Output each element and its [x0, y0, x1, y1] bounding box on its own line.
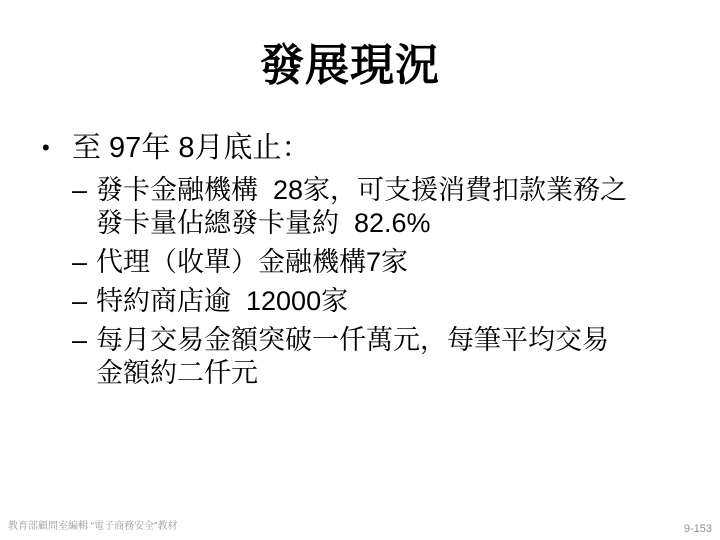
- sub-bullet-item: – 每月交易金額突破一仟萬元，每筆平均交易金額約二仟元: [72, 324, 672, 390]
- sub-bullet-text: 每月交易金額突破一仟萬元，每筆平均交易金額約二仟元: [96, 324, 632, 390]
- footer-credit: 教育部顧問室編輯 “電子商務安全”教材: [8, 521, 177, 533]
- dot-bullet-marker: •: [40, 130, 72, 166]
- bullet-item: • 至 97年 8月底止：: [40, 130, 311, 166]
- presentation-slide: 發展現況 • 至 97年 8月底止： – 發卡金融機構 28家，可支援消費扣款業…: [0, 0, 720, 540]
- sub-bullet-list: – 發卡金融機構 28家，可支援消費扣款業務之發卡量佔總發卡量約 82.6% –…: [72, 174, 672, 396]
- sub-bullet-item: – 發卡金融機構 28家，可支援消費扣款業務之發卡量佔總發卡量約 82.6%: [72, 174, 672, 240]
- sub-bullet-item: – 代理（收單）金融機構7家: [72, 246, 672, 279]
- sub-bullet-item: – 特約商店逾 12000家: [72, 285, 672, 318]
- sub-bullet-text: 代理（收單）金融機構7家: [96, 246, 632, 279]
- dash-bullet-marker: –: [72, 174, 96, 207]
- sub-bullet-text: 發卡金融機構 28家，可支援消費扣款業務之發卡量佔總發卡量約 82.6%: [96, 174, 632, 240]
- sub-bullet-text: 特約商店逾 12000家: [96, 285, 632, 318]
- dash-bullet-marker: –: [72, 324, 96, 357]
- dash-bullet-marker: –: [72, 246, 96, 279]
- bullet-text: 至 97年 8月底止：: [72, 130, 311, 166]
- dash-bullet-marker: –: [72, 285, 96, 318]
- slide-title: 發展現況: [0, 40, 700, 93]
- page-number: 9-153: [684, 523, 712, 536]
